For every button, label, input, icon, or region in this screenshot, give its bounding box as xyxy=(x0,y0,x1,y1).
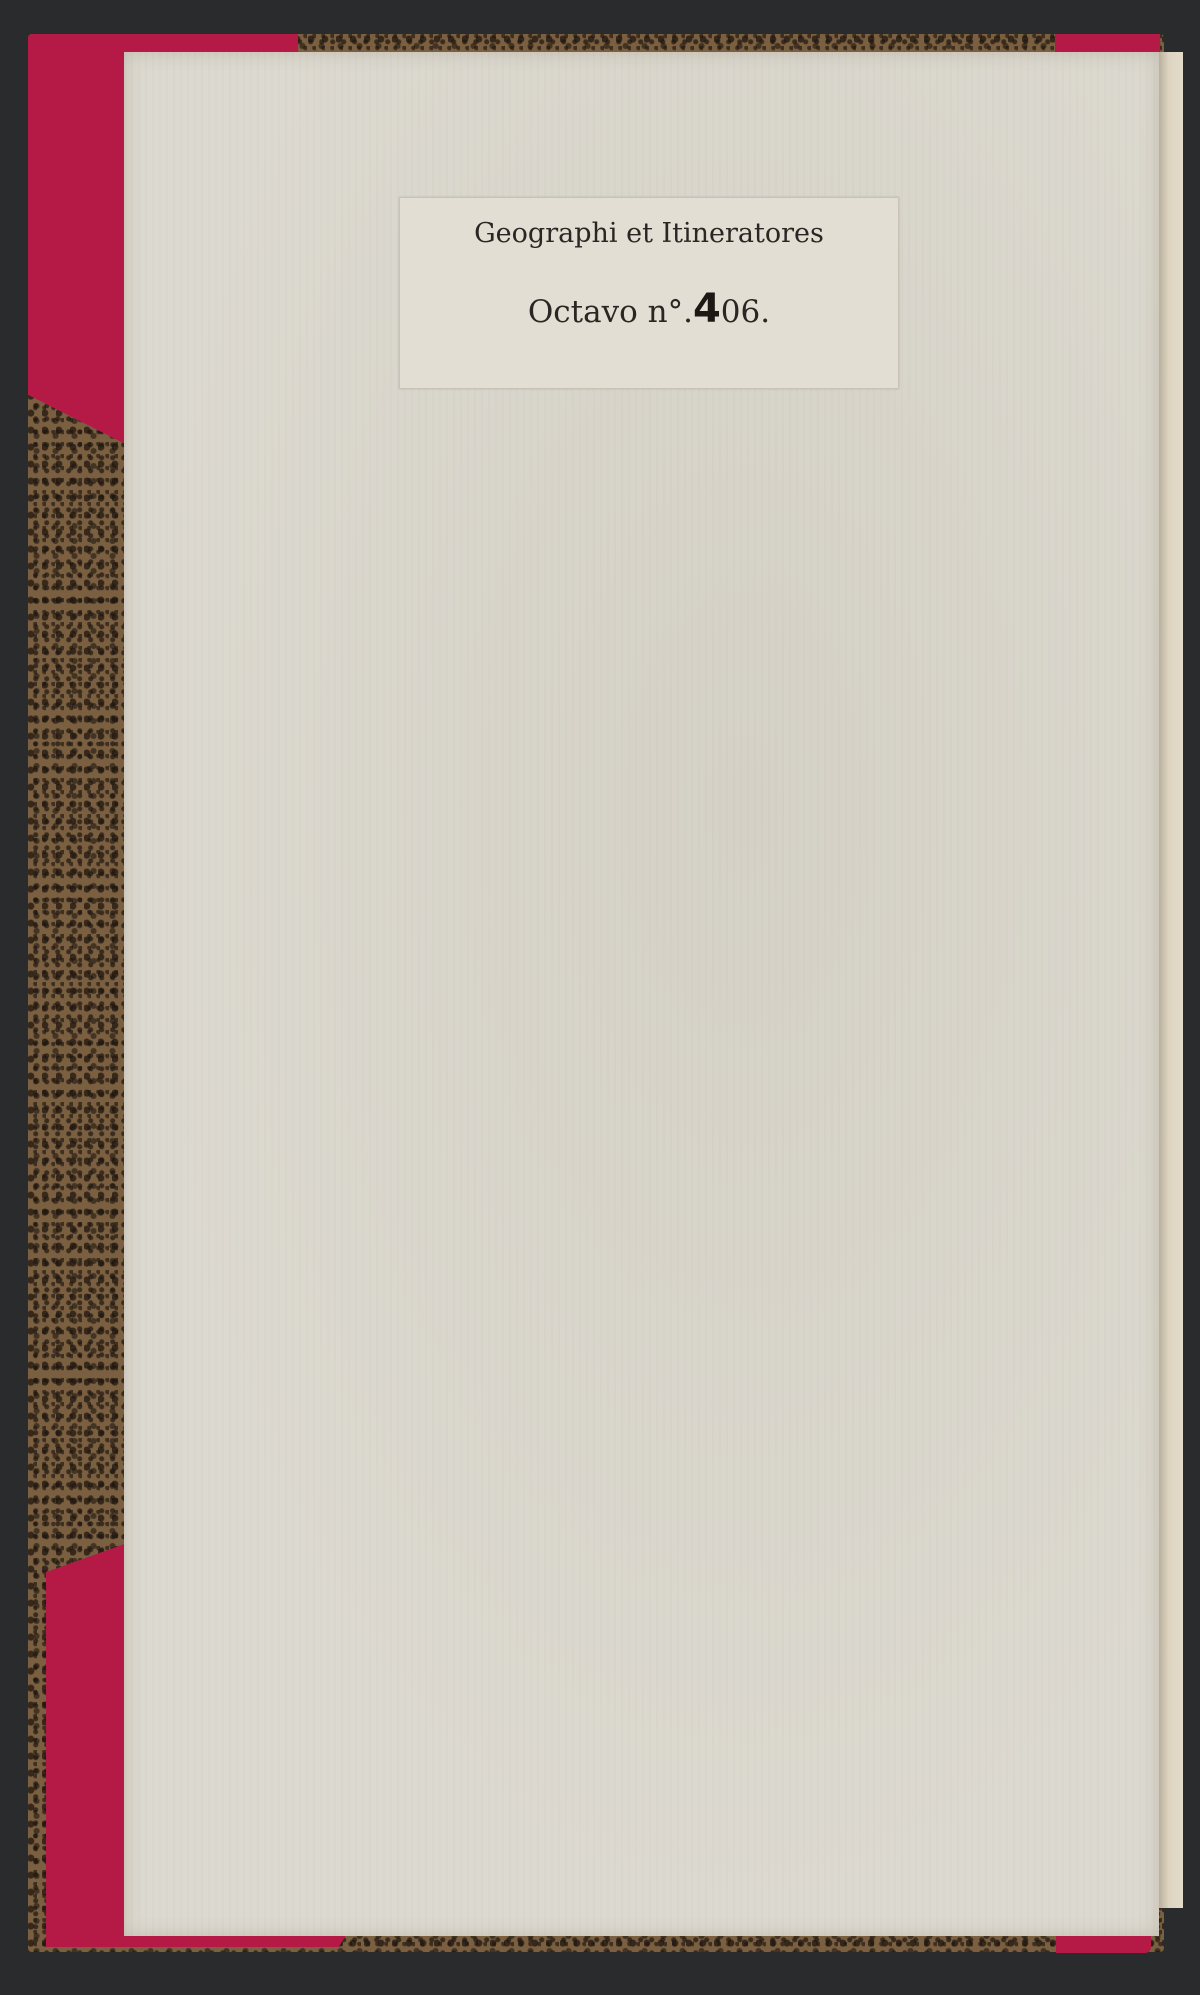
leather-corner-top-right xyxy=(1055,34,1160,54)
leather-corner-bottom-right xyxy=(1056,1935,1151,1953)
label-number-suffix: 06. xyxy=(721,294,770,330)
label-collection-title: Geographi et Itineratores xyxy=(400,218,898,249)
label-shelf-number: Octavo n°.406. xyxy=(400,286,898,332)
label-format: Octavo n°. xyxy=(528,294,693,330)
next-page-edge xyxy=(1159,52,1183,1908)
shelf-label: Geographi et Itineratores Octavo n°.406. xyxy=(399,197,899,389)
label-handwritten-digit: 4 xyxy=(693,286,721,332)
